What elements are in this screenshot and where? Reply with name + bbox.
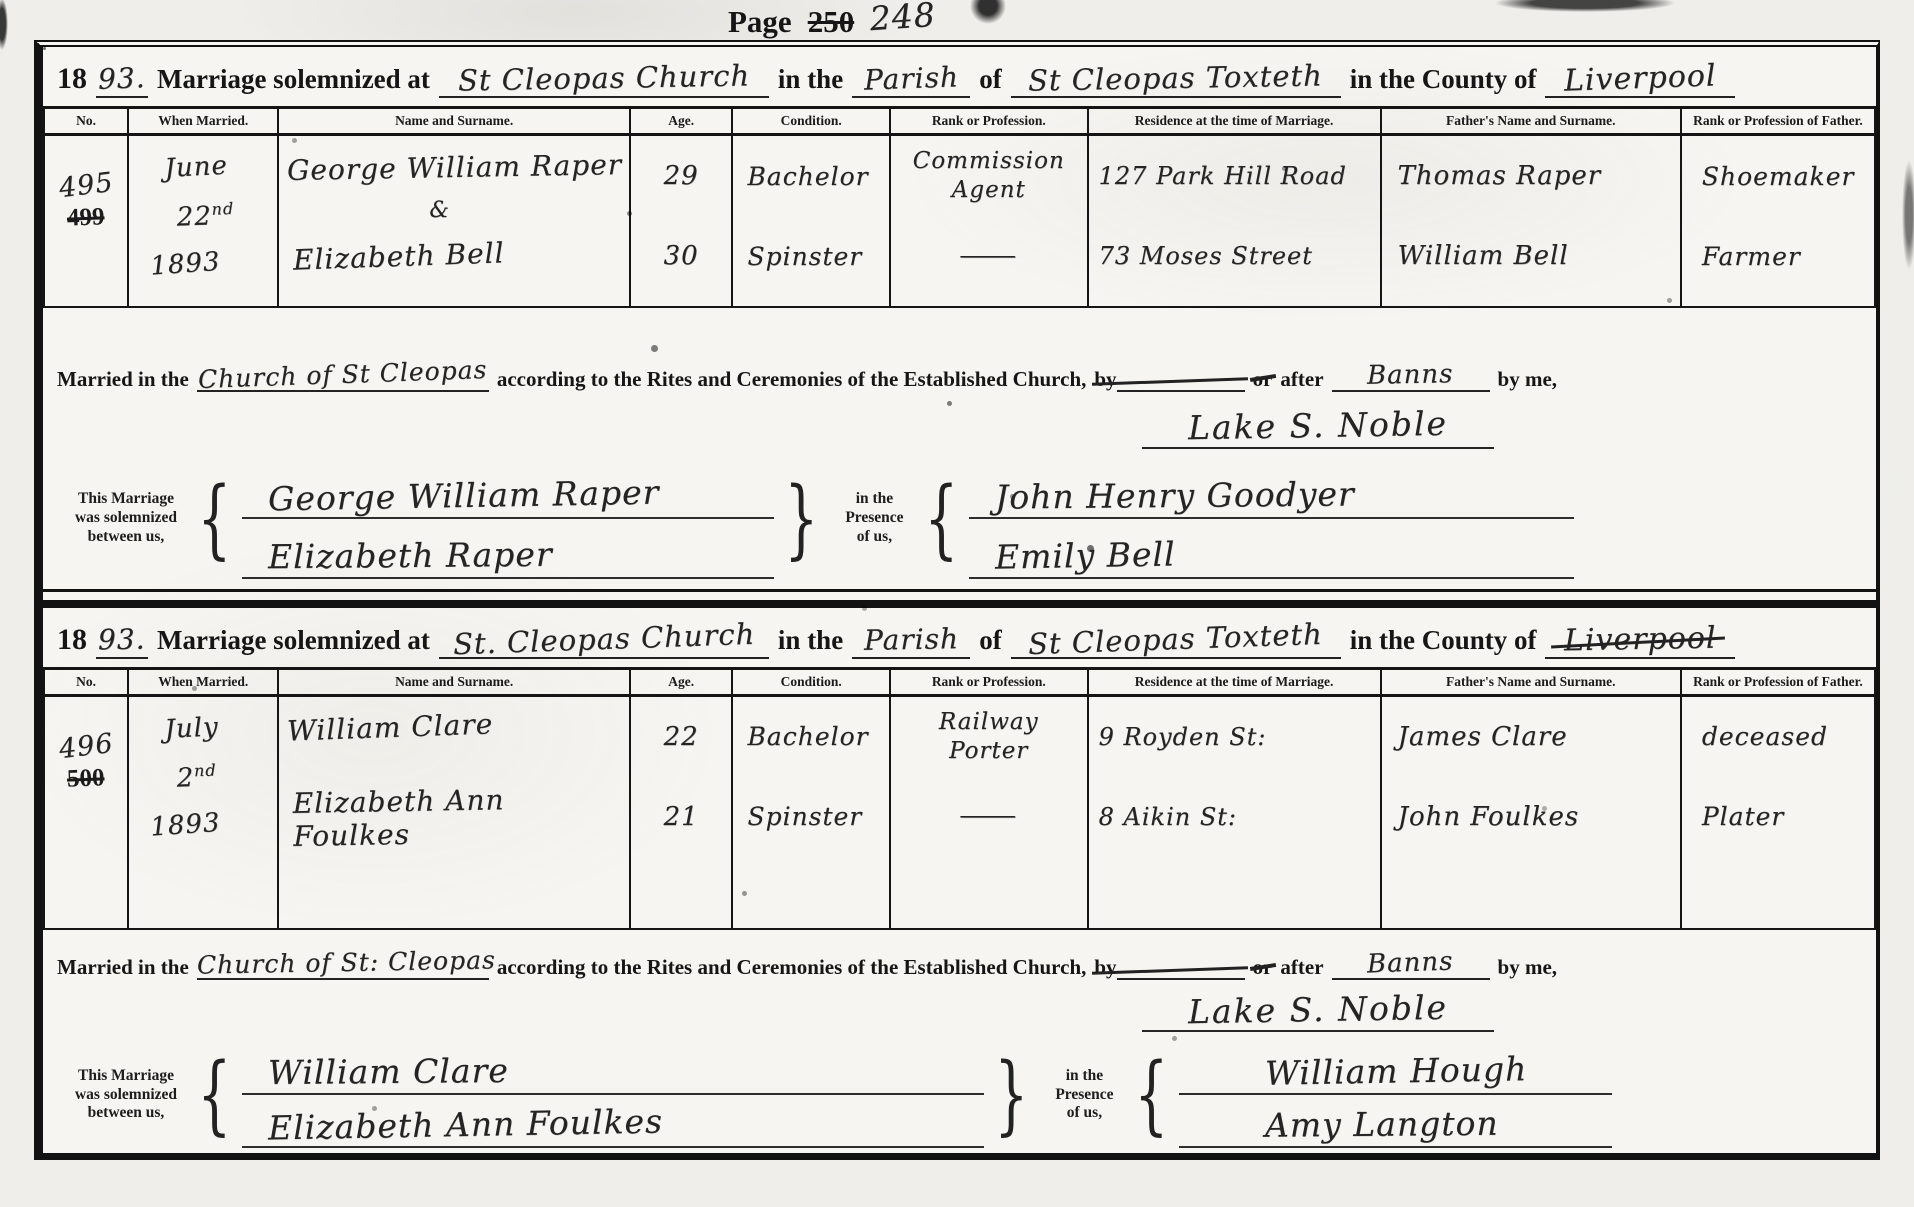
officiant-signature: Lake S. Noble [1188,988,1449,1032]
bride-condition: Spinster [733,777,888,857]
page-label: Page [728,4,792,40]
marriage-year: 1893 [128,243,279,301]
signatures-section: This Marriage was solemnized between us,… [43,449,1876,579]
groom-father-profession: deceased [1682,697,1874,777]
father-profession-cell: deceased Plater [1681,695,1875,929]
marriage-month: June [128,148,278,204]
col-header-condition: Condition. [732,668,889,695]
married-in-label: Married in the [57,955,189,980]
bride-profession: — [958,802,1020,831]
father-profession-cell: Shoemaker Farmer [1681,135,1875,307]
officiant-signature-line: Lake S. Noble [1142,990,1494,1032]
marriage-day: 2nd [128,758,278,811]
married-in-section: Married in the Church of St: Cleopas acc… [43,930,1876,1032]
witness-signatures: John Henry Goodyer Emily Bell [969,459,1574,579]
residence-cell: 9 Royden St: 8 Aikin St: [1088,695,1381,929]
district-type-entry: Parish [852,62,970,98]
col-header-condition: Condition. [732,108,889,135]
married-place-entry: Church of St Cleopas [197,360,489,392]
entry-number-handwritten: 495 [57,167,115,204]
county-of-label: in the County of [1350,625,1537,656]
groom-profession: Railway Porter [891,697,1087,777]
by-me-label: by me, [1498,955,1558,980]
rites-label: according to the Rites and Ceremonies of… [497,367,1087,392]
presence-label: in the Presence of us, [834,490,914,547]
name-joiner [279,759,629,783]
col-header-rank: Rank or Profession. [890,668,1088,695]
groom-condition: Bachelor [733,697,888,777]
col-header-age: Age. [630,108,733,135]
record-separator-rule [43,589,1876,608]
record-1-header: 18 93. Marriage solemnized at St Cleopas… [43,47,1876,104]
entry-number-struck: 499 [67,203,105,232]
officiant-signature-line: Lake S. Noble [1142,406,1494,449]
year-entry: 93. [96,62,148,98]
condition-cell: Bachelor Spinster [732,695,889,929]
bride-signature: Elizabeth Ann Foulkes [267,1102,663,1148]
struck-by-blank: by [1094,367,1244,392]
marriage-month: July [128,709,278,765]
bride-condition: Spinster [733,216,888,296]
of-label: of [979,64,1002,95]
church-entry: St. Cleopas Church [439,622,769,659]
witness-2-signature: Emily Bell [995,534,1176,576]
after-label: after [1280,955,1323,980]
year-entry: 93. [96,623,148,659]
bride-father-name: John Foulkes [1382,777,1680,857]
when-married-cell: July 2nd 1893 [128,695,278,929]
col-header-when-married: When Married. [128,108,278,135]
col-header-name: Name and Surname. [278,668,630,695]
bride-father-profession: Plater [1682,777,1874,857]
open-brace: { [1135,1045,1169,1145]
bride-name: Elizabeth Bell [293,236,506,276]
or-label-scribbled: or [1253,367,1273,392]
when-married-cell: June 22nd 1893 [128,135,278,307]
year-prefix: 18 [57,62,87,96]
col-header-father-rank: Rank or Profession of Father. [1681,108,1875,135]
solemnized-at-label: Marriage solemnized at [157,64,430,95]
register-table-1: No. When Married. Name and Surname. Age.… [43,106,1876,308]
name-joiner: & [279,198,629,222]
scan-speckles [43,47,46,50]
column-header-row: No. When Married. Name and Surname. Age.… [44,668,1875,695]
col-header-no: No. [44,108,128,135]
groom-residence: 127 Park Hill Road [1089,136,1380,216]
year-prefix: 18 [57,623,87,657]
witness-2-signature: Amy Langton [1205,1104,1499,1146]
marriage-record-1: 18 93. Marriage solemnized at St Cleopas… [43,47,1876,579]
col-header-father-name: Father's Name and Surname. [1381,668,1681,695]
profession-cell: Railway Porter — [890,695,1088,929]
married-in-section: Married in the Church of St Cleopas acco… [43,308,1876,449]
register-table-2: No. When Married. Name and Surname. Age.… [43,667,1876,931]
presence-label: in the Presence of us, [1044,1067,1124,1124]
close-brace: } [784,469,818,569]
bride-name: Elizabeth Ann Foulkes [293,781,630,853]
method-entry: Banns [1332,360,1490,392]
groom-signature: George William Raper [267,472,659,518]
bride-age: 21 [631,777,732,857]
or-label-scribbled: or [1253,955,1273,980]
open-brace: { [197,1045,231,1145]
col-header-rank: Rank or Profession. [890,108,1088,135]
entry-number-cell: 495 499 [44,135,128,307]
page-number-struck: 250 [808,4,855,40]
groom-profession: Commission Agent [891,136,1087,216]
groom-age: 29 [631,136,732,216]
bride-residence: 8 Aikin St: [1089,777,1380,857]
bride-age: 30 [631,216,732,296]
groom-residence: 9 Royden St: [1089,697,1380,777]
church-entry: St Cleopas Church [439,61,769,98]
in-the-label: in the [778,64,843,95]
record-2-header: 18 93. Marriage solemnized at St. Cleopa… [43,608,1876,665]
district-type-entry: Parish [852,623,970,659]
married-in-label: Married in the [57,367,189,392]
party-signatures: William Clare Elizabeth Ann Foulkes [242,1042,984,1148]
col-header-when-married: When Married. [128,668,278,695]
bride-signature: Elizabeth Raper [268,534,553,575]
solemnized-label: This Marriage was solemnized between us, [65,490,187,547]
father-name-cell: James Clare John Foulkes [1381,695,1681,929]
bride-profession: — [958,242,1020,271]
after-label: after [1280,367,1323,392]
bride-father-name: William Bell [1382,216,1680,296]
county-entry: Liverpool [1545,61,1735,98]
col-header-residence: Residence at the time of Marriage. [1088,108,1381,135]
groom-name: George William Raper [287,148,623,187]
by-me-label: by me, [1498,367,1558,392]
struck-by-blank: by [1094,955,1244,980]
solemnized-label: This Marriage was solemnized between us, [65,1067,187,1124]
register-frame: 18 93. Marriage solemnized at St Cleopas… [34,40,1880,1160]
bride-residence: 73 Moses Street [1089,216,1380,296]
condition-cell: Bachelor Spinster [732,135,889,307]
witness-signatures: William Hough Amy Langton [1179,1042,1612,1148]
bride-father-profession: Farmer [1682,216,1874,296]
entry-number-handwritten: 496 [57,727,115,764]
page-number-header: Page 250 248 [728,1,936,40]
names-cell: George William Raper & Elizabeth Bell [278,135,630,307]
page-number-handwritten: 248 [869,0,938,38]
married-place-entry: Church of St: Cleopas [197,948,489,980]
age-cell: 22 21 [630,695,733,929]
close-brace: } [994,1045,1028,1145]
entry-row: 496 500 July 2nd 1893 William Clare [44,695,1875,929]
open-brace: { [925,469,959,569]
district-entry: St Cleopas Toxteth [1011,622,1341,659]
marriage-year: 1893 [128,803,279,861]
of-label: of [979,625,1002,656]
groom-father-name: Thomas Raper [1382,136,1680,216]
groom-father-profession: Shoemaker [1682,136,1874,216]
col-header-father-name: Father's Name and Surname. [1381,108,1681,135]
entry-number-cell: 496 500 [44,695,128,929]
scanned-marriage-register-page: { "page_header": { "label": "Page", "str… [0,0,1914,1207]
col-header-no: No. [44,668,128,695]
officiant-signature: Lake S. Noble [1188,403,1449,447]
witness-1-signature: John Henry Goodyer [995,474,1355,516]
residence-cell: 127 Park Hill Road 73 Moses Street [1088,135,1381,307]
groom-condition: Bachelor [733,136,888,216]
signatures-section: This Marriage was solemnized between us,… [43,1032,1876,1148]
age-cell: 29 30 [630,135,733,307]
father-name-cell: Thomas Raper William Bell [1381,135,1681,307]
party-signatures: George William Raper Elizabeth Raper [242,459,774,579]
entry-number-struck: 500 [67,764,105,793]
marriage-day: 22nd [128,197,278,250]
groom-name: William Clare [287,707,494,747]
col-header-father-rank: Rank or Profession of Father. [1681,668,1875,695]
groom-age: 22 [631,697,732,777]
groom-father-name: James Clare [1382,697,1680,777]
method-entry: Banns [1332,948,1490,980]
names-cell: William Clare Elizabeth Ann Foulkes [278,695,630,929]
district-entry: St Cleopas Toxteth [1011,61,1341,98]
solemnized-at-label: Marriage solemnized at [157,625,430,656]
col-header-name: Name and Surname. [278,108,630,135]
open-brace: { [197,469,231,569]
county-entry: Liverpool [1545,622,1735,659]
col-header-age: Age. [630,668,733,695]
profession-cell: Commission Agent — [890,135,1088,307]
col-header-residence: Residence at the time of Marriage. [1088,668,1381,695]
column-header-row: No. When Married. Name and Surname. Age.… [44,108,1875,135]
county-of-label: in the County of [1350,64,1537,95]
witness-1-signature: William Hough [1205,1049,1528,1094]
rites-label: according to the Rites and Ceremonies of… [497,955,1087,980]
marriage-record-2: 18 93. Marriage solemnized at St. Cleopa… [43,608,1876,1149]
entry-row: 495 499 June 22nd 1893 George William Ra… [44,135,1875,307]
groom-signature: William Clare [268,1051,509,1092]
in-the-label: in the [778,625,843,656]
